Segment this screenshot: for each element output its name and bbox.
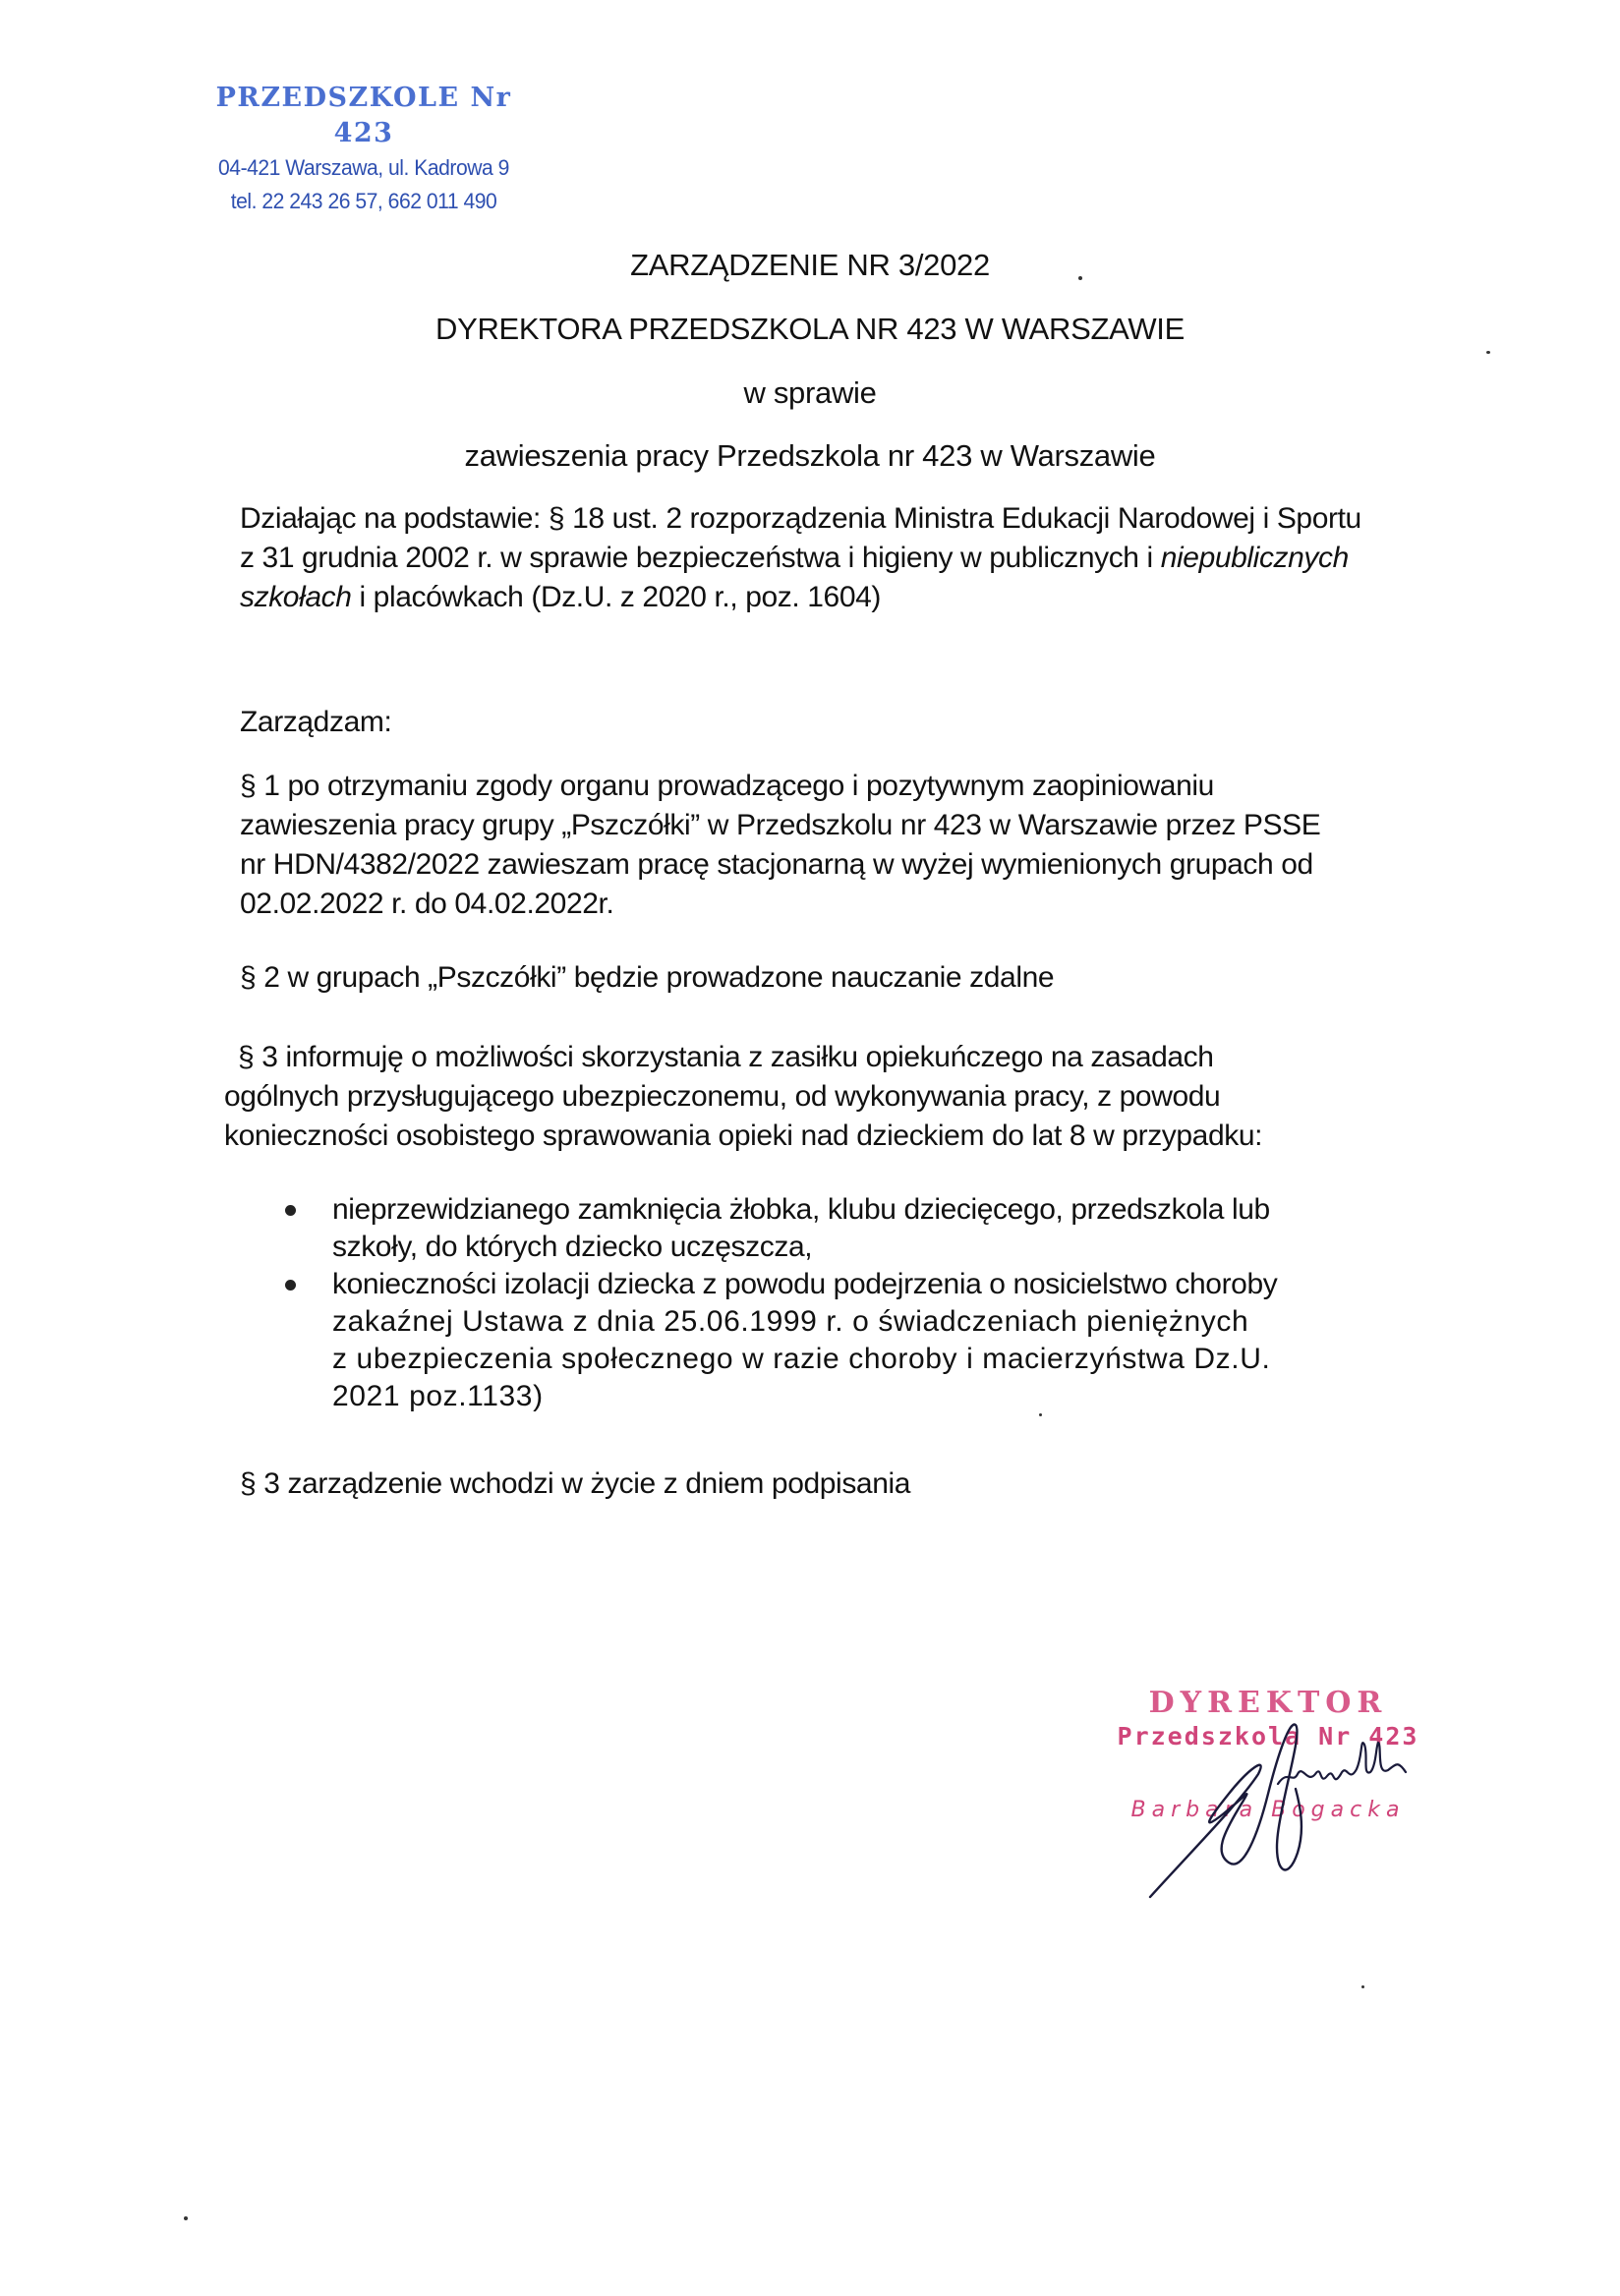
list-item-line: z ubezpieczenia społecznego w razie chor…	[332, 1341, 1277, 1378]
scan-speck	[184, 2216, 188, 2220]
bullet-icon	[285, 1280, 296, 1291]
director-role: DYREKTOR	[1101, 1686, 1435, 1721]
director-stamp: DYREKTOR Przedszkola Nr 423 Barbara Boga…	[1101, 1686, 1435, 1825]
list-item: konieczności izolacji dziecka z powodu p…	[281, 1266, 1277, 1415]
scan-speck	[1078, 276, 1082, 280]
section-3-line: § 3 informuję o możliwości skorzystania …	[224, 1038, 1262, 1077]
legal-basis-line-2-text: z 31 grudnia 2002 r. w sprawie bezpiecze…	[240, 542, 1161, 574]
document-subject-label: w sprawie	[0, 373, 1620, 413]
list-item-line: szkoły, do których dziecko uczęszcza,	[332, 1229, 1277, 1266]
legal-basis-line-3-text: i placówkach (Dz.U. z 2020 r., poz. 1604…	[352, 581, 881, 613]
section-3-paragraph: § 3 informuję o możliwości skorzystania …	[224, 1038, 1262, 1156]
school-header-stamp: PRZEDSZKOLE Nr 423 04-421 Warszawa, ul. …	[187, 81, 541, 218]
bullet-icon	[285, 1205, 296, 1216]
list-item-line: konieczności izolacji dziecka z powodu p…	[332, 1266, 1277, 1303]
legal-basis-paragraph: Działając na podstawie: § 18 ust. 2 rozp…	[240, 499, 1361, 617]
document-subject: zawieszenia pracy Przedszkola nr 423 w W…	[0, 436, 1620, 476]
list-item-line: nieprzewidzianego zamknięcia żłobka, klu…	[332, 1191, 1277, 1229]
scan-speck	[1039, 1413, 1042, 1416]
scan-speck	[1361, 1985, 1364, 1988]
section-1-paragraph: § 1 po otrzymaniu zgody organu prowadząc…	[240, 767, 1320, 924]
school-phone: tel. 22 243 26 57, 662 011 490	[194, 185, 534, 218]
scan-speck	[1486, 351, 1490, 354]
list-item-line: zakaźnej Ustawa z dnia 25.06.1999 r. o ś…	[332, 1303, 1277, 1341]
list-item: nieprzewidzianego zamknięcia żłobka, klu…	[281, 1191, 1277, 1266]
legal-basis-line-1: Działając na podstawie: § 18 ust. 2 rozp…	[240, 499, 1361, 539]
legal-basis-line-3-italic: szkołach	[240, 581, 352, 613]
school-address: 04-421 Warszawa, ul. Kadrowa 9	[194, 151, 534, 185]
section-effective-paragraph: § 3 zarządzenie wchodzi w życie z dniem …	[240, 1464, 910, 1504]
document-title: ZARZĄDZENIE NR 3/2022	[0, 246, 1620, 285]
document-page: PRZEDSZKOLE Nr 423 04-421 Warszawa, ul. …	[0, 0, 1620, 2296]
section-3-line: ogólnych przysługującego ubezpieczonemu,…	[224, 1077, 1262, 1117]
list-item-line: 2021 poz.1133)	[332, 1378, 1277, 1415]
school-name: PRZEDSZKOLE Nr 423	[187, 81, 541, 151]
document-issuer: DYREKTORA PRZEDSZKOLA NR 423 W WARSZAWIE	[0, 310, 1620, 349]
legal-basis-line-2: z 31 grudnia 2002 r. w sprawie bezpiecze…	[240, 539, 1361, 578]
section-2-paragraph: § 2 w grupach „Pszczółki” będzie prowadz…	[240, 958, 1054, 998]
conditions-list: nieprzewidzianego zamknięcia żłobka, klu…	[281, 1191, 1277, 1415]
decree-intro: Zarządzam:	[240, 703, 391, 742]
section-1-line: § 1 po otrzymaniu zgody organu prowadząc…	[240, 767, 1320, 806]
section-1-line: nr HDN/4382/2022 zawieszam pracę stacjon…	[240, 845, 1320, 885]
legal-basis-line-2-italic: niepublicznych	[1161, 542, 1349, 574]
director-institution: Przedszkola Nr 423	[1101, 1721, 1435, 1752]
section-1-line: zawieszenia pracy grupy „Pszczółki” w Pr…	[240, 806, 1320, 845]
section-3-line: konieczności osobistego sprawowania opie…	[224, 1117, 1262, 1156]
legal-basis-line-3: szkołach i placówkach (Dz.U. z 2020 r., …	[240, 578, 1361, 617]
director-name: Barbara Bogacka	[1101, 1796, 1435, 1825]
section-1-line: 02.02.2022 r. do 04.02.2022r.	[240, 885, 1320, 924]
